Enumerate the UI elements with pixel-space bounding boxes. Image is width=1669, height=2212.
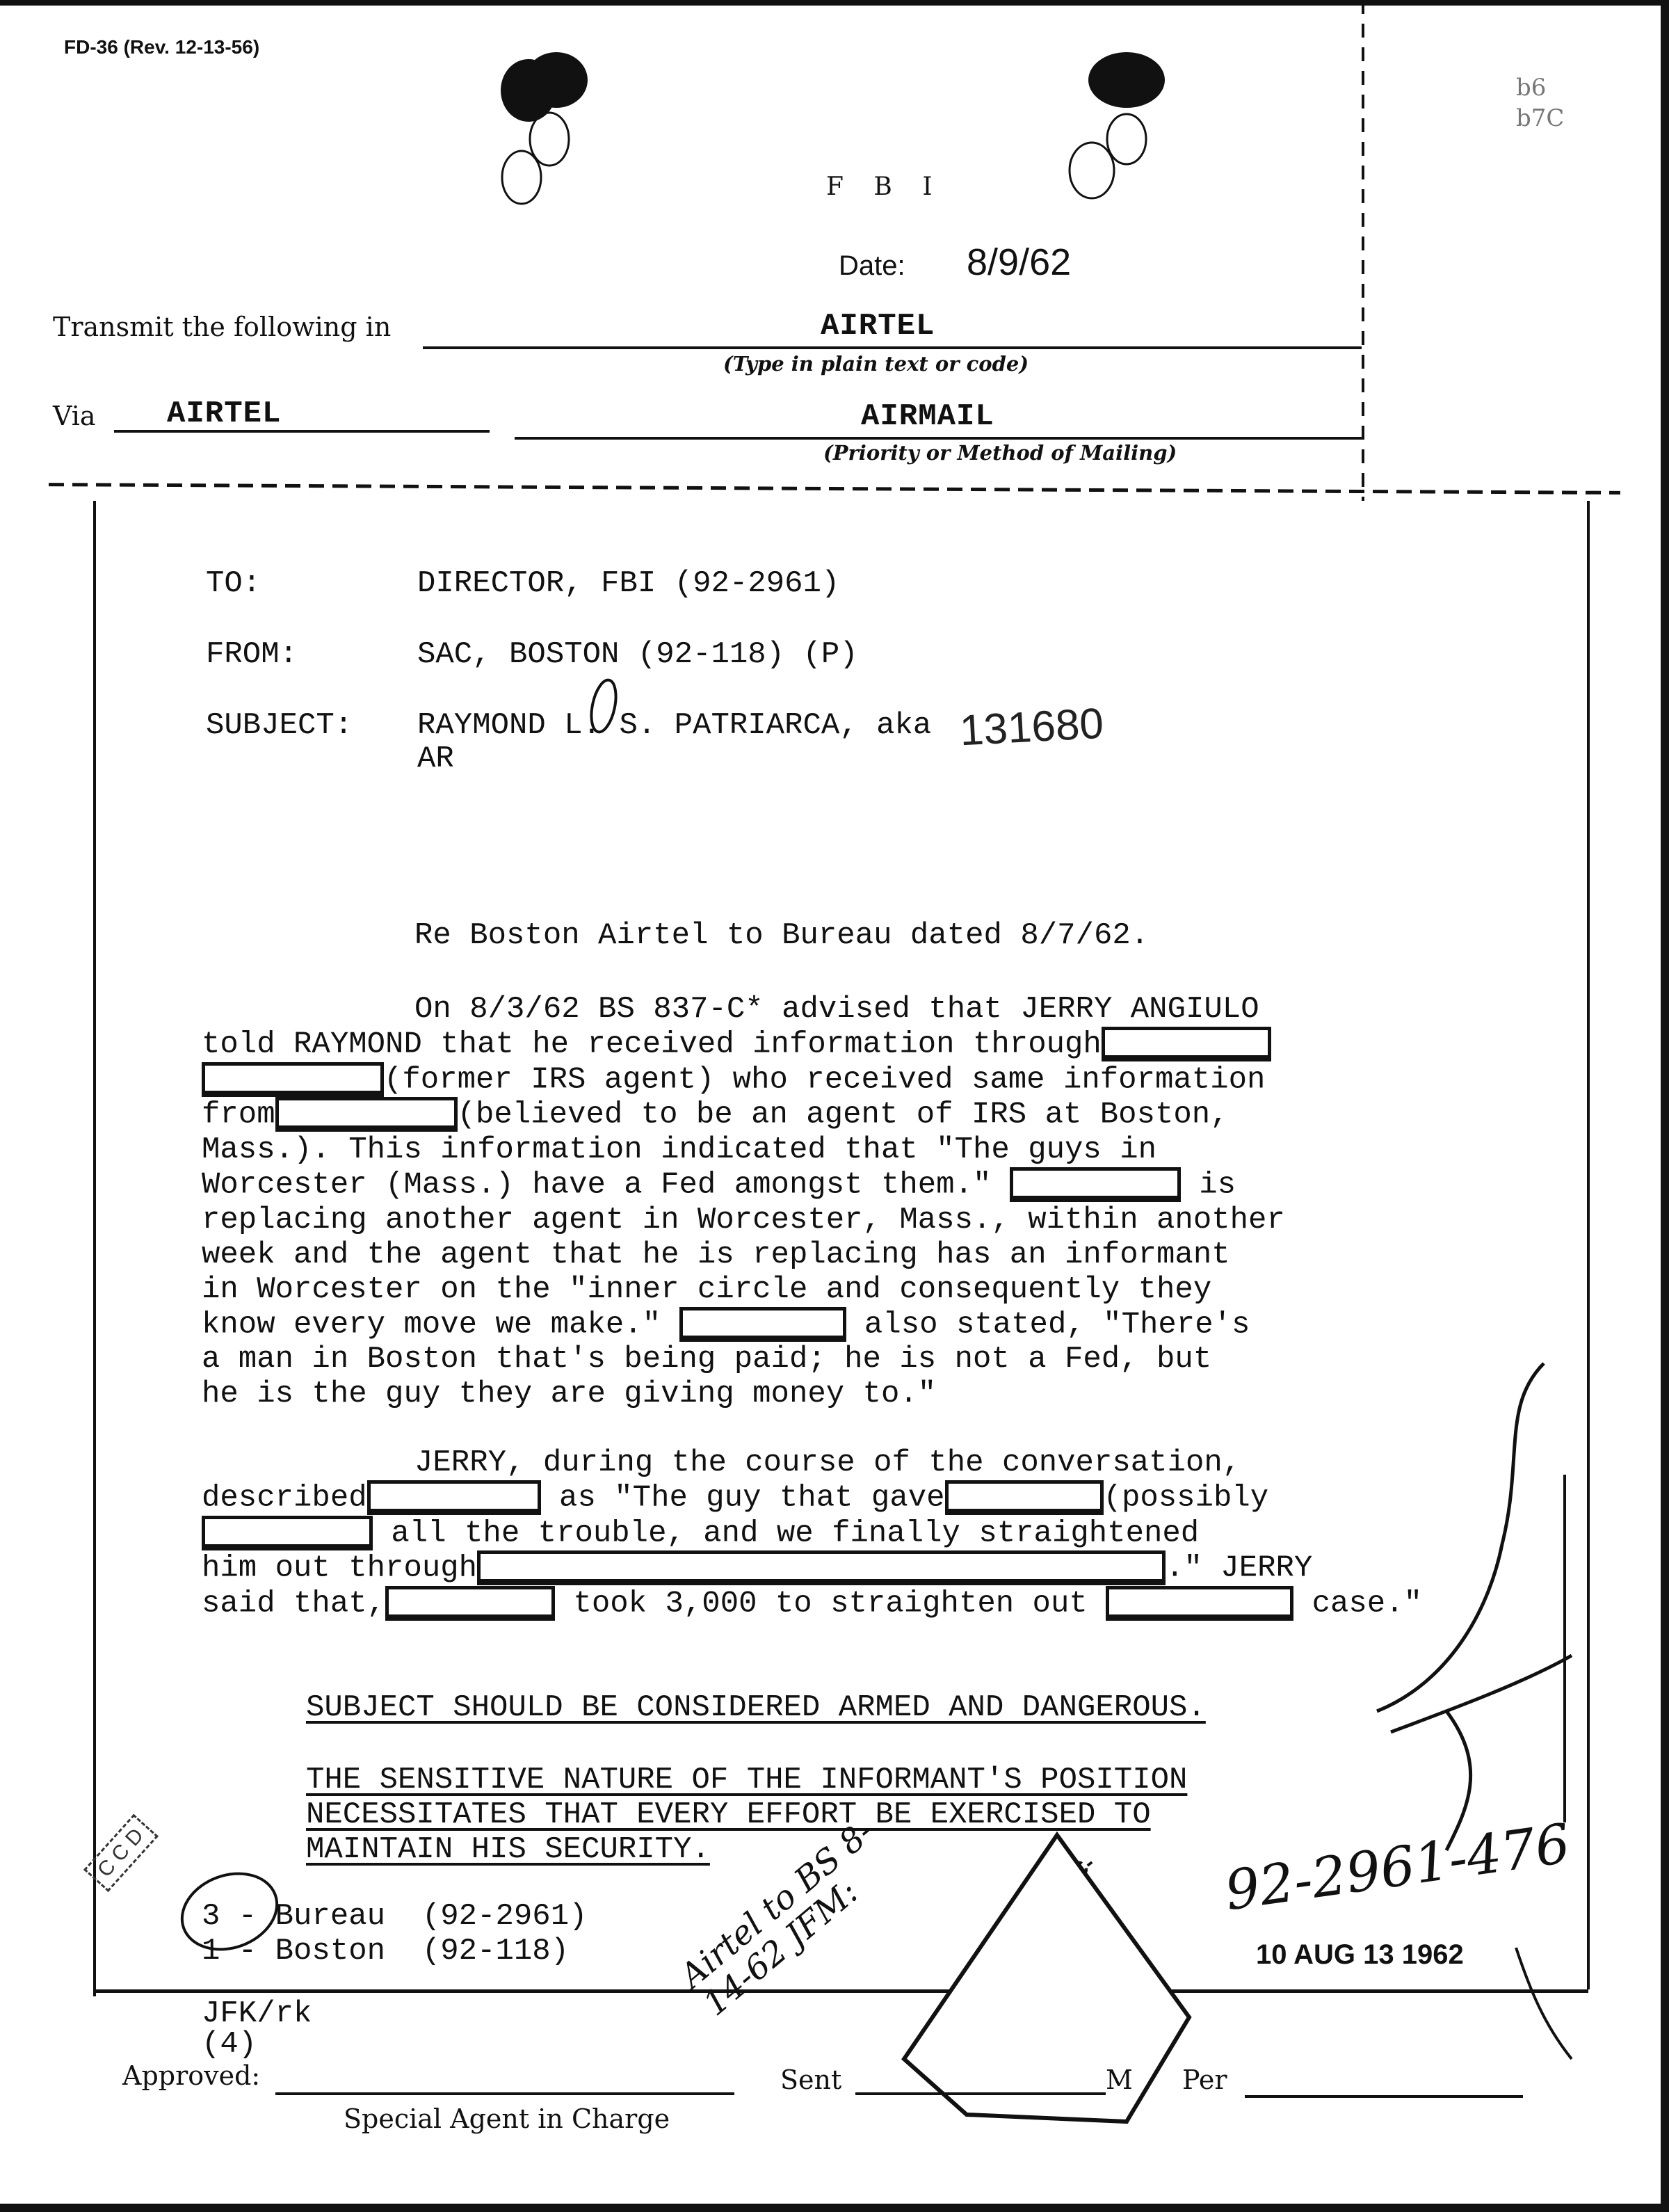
separator-line [49, 483, 1620, 495]
subject-value: RAYMOND L. S. PATRIARCA, aka [417, 708, 931, 743]
sac-label: Special Agent in Charge [344, 2103, 670, 2134]
transmit-label: Transmit the following in [53, 312, 391, 342]
subject-label: SUBJECT: [206, 708, 353, 743]
m-label: M [1106, 2065, 1133, 2095]
sent-label: Sent [780, 2065, 841, 2095]
handwritten-scribble [1363, 1322, 1655, 2087]
transmit-value: AIRTEL [821, 309, 935, 344]
redaction-box [1102, 1027, 1271, 1061]
paragraph-2: JERRY, during the course of the conversa… [202, 1445, 1453, 1621]
redaction-box [202, 1062, 384, 1097]
redaction-box [1010, 1167, 1181, 1202]
message-frame-left [93, 501, 96, 1996]
exemption-codes: b6 b7C [1516, 72, 1564, 134]
per-line [1245, 2095, 1523, 2098]
security-warning-line1: THE SENSITIVE NATURE OF THE INFORMANT'S … [306, 1763, 1187, 1797]
via-label: Via [53, 401, 96, 431]
priority-value: AIRMAIL [861, 399, 994, 434]
approved-label: Approved: [122, 2060, 260, 2091]
handwritten-o-mark [584, 675, 626, 737]
redaction-box [1106, 1586, 1293, 1621]
scan-bottom-border [0, 2204, 1669, 2212]
transmit-hint: (Type in plain text or code) [723, 352, 1029, 376]
scan-right-border [1661, 0, 1669, 2212]
redaction-box [945, 1480, 1104, 1515]
via-value: AIRTEL [167, 396, 281, 431]
circled-count-mark [167, 1864, 292, 1955]
serial-stamp: 131680 [958, 699, 1104, 756]
form-code: FD-36 (Rev. 12-13-56) [64, 36, 259, 58]
redaction-box [477, 1550, 1166, 1585]
per-label: Per [1182, 2065, 1227, 2095]
exemption-box-divider [1362, 0, 1364, 501]
agency-name: F B I [826, 173, 944, 201]
paragraph-1: On 8/3/62 BS 837-C* advised that JERRY A… [202, 992, 1453, 1411]
approved-line [275, 2092, 734, 2095]
redaction-box [202, 1516, 373, 1550]
to-value: DIRECTOR, FBI (92-2961) [417, 566, 839, 601]
redaction-box [367, 1480, 541, 1515]
redaction-box [385, 1586, 555, 1621]
security-warning-line2: NECESSITATES THAT EVERY EFFORT BE EXERCI… [306, 1797, 1151, 1832]
armed-dangerous-warning: SUBJECT SHOULD BE CONSIDERED ARMED AND D… [306, 1690, 1206, 1725]
redaction-box [679, 1307, 846, 1342]
sent-line [855, 2092, 1106, 2095]
scan-top-border [0, 0, 1669, 6]
priority-hint: (Priority or Method of Mailing) [823, 441, 1177, 465]
re-line: Re Boston Airtel to Bureau dated 8/7/62. [414, 918, 1149, 953]
security-warning-line3: MAINTAIN HIS SECURITY. [306, 1832, 710, 1867]
priority-line [515, 437, 1362, 440]
date-label: Date: [839, 250, 905, 282]
redaction-box [275, 1097, 458, 1132]
copy-count: (4) [202, 2027, 257, 2062]
punch-hole-icon [1050, 42, 1217, 209]
punch-hole-icon [473, 42, 640, 209]
to-label: TO: [206, 566, 261, 601]
typist-initials: JFK/rk [202, 1996, 312, 2031]
from-label: FROM: [206, 637, 298, 672]
transmit-line [423, 346, 1362, 349]
from-value: SAC, BOSTON (92-118) (P) [417, 637, 858, 672]
subject-line2: AR [417, 742, 454, 776]
date-value: 8/9/62 [967, 241, 1071, 284]
